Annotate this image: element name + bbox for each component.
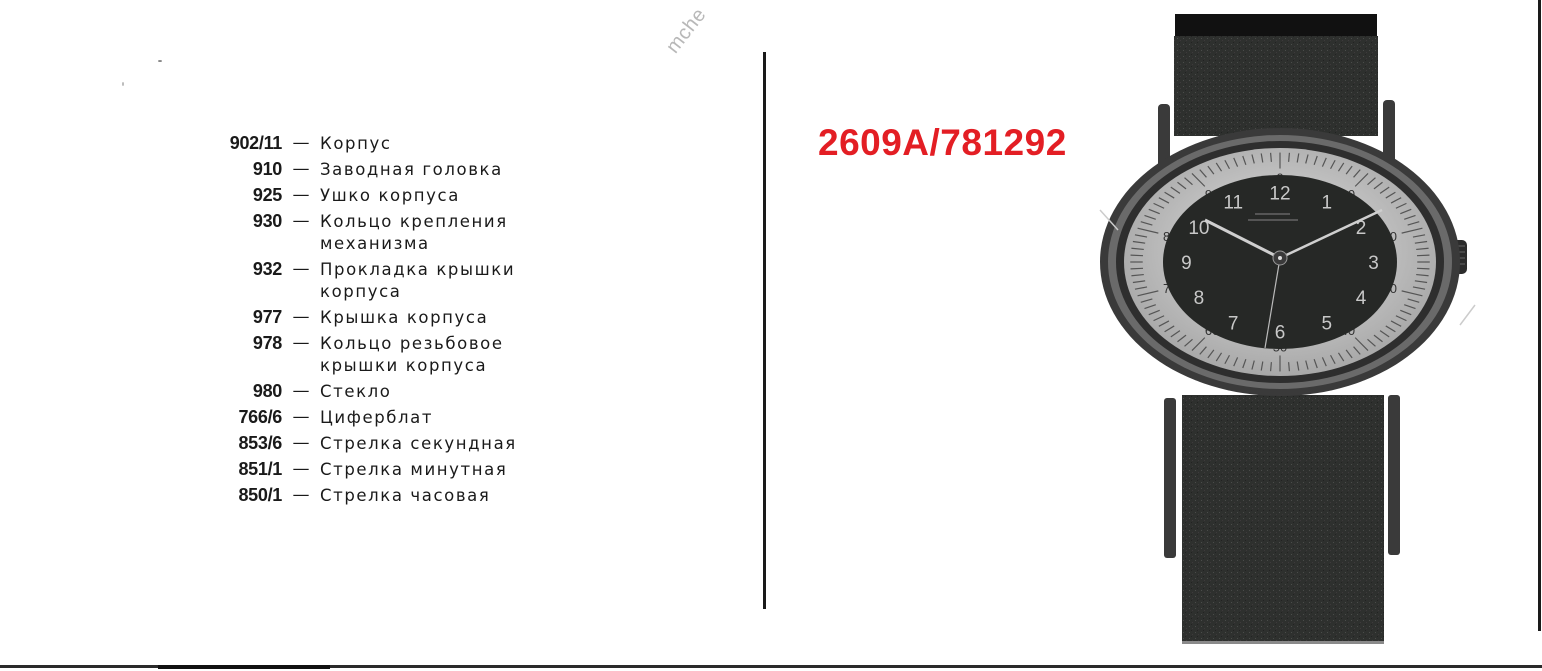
page-divider <box>763 52 766 609</box>
part-code: 850/1 <box>212 484 282 506</box>
part-name: Стрелка часовая <box>320 485 490 507</box>
part-row: 766/6—Циферблат <box>212 406 517 429</box>
part-code: 980 <box>212 380 282 402</box>
part-name: Ушко корпуса <box>320 185 460 207</box>
part-name: Стрелка минутная <box>320 459 507 481</box>
part-separator: — <box>282 484 320 506</box>
part-row: 851/1—Стрелка минутная <box>212 458 517 481</box>
part-separator: — <box>282 332 320 354</box>
part-separator: — <box>282 158 320 180</box>
part-name: Крышка корпуса <box>320 307 488 329</box>
part-code: 978 <box>212 332 282 354</box>
part-row: 850/1—Стрелка часовая <box>212 484 517 507</box>
part-separator: — <box>282 258 320 280</box>
part-separator: — <box>282 184 320 206</box>
strap-bottom <box>1182 395 1384 641</box>
part-separator: — <box>282 380 320 402</box>
part-row: 978—Кольцо резьбовое крышки корпуса <box>212 332 517 377</box>
part-code: 766/6 <box>212 406 282 428</box>
part-separator: — <box>282 458 320 480</box>
model-number: 2609А/781292 <box>818 122 1067 164</box>
strap-top <box>1175 14 1377 36</box>
parts-list: 902/11—Корпус910—Заводная головка925—Ушк… <box>212 132 517 510</box>
hour-numeral: 8 <box>1194 288 1205 309</box>
part-code: 902/11 <box>212 132 282 154</box>
watch-photo: 0102030405060708090 121234567891011 <box>1080 0 1542 671</box>
hour-numeral: 4 <box>1356 288 1367 309</box>
part-row: 930—Кольцо крепления механизма <box>212 210 517 255</box>
part-row: 925—Ушко корпуса <box>212 184 517 207</box>
part-name: Стекло <box>320 381 392 403</box>
part-row: 980—Стекло <box>212 380 517 403</box>
part-name: Прокладка крышки корпуса <box>320 259 515 303</box>
hour-numeral: 11 <box>1223 193 1243 214</box>
watermark: mche <box>662 4 711 58</box>
scan-speck <box>158 60 162 62</box>
part-name: Кольцо крепления механизма <box>320 211 508 255</box>
hour-numeral: 5 <box>1322 313 1333 334</box>
part-row: 902/11—Корпус <box>212 132 517 155</box>
part-name: Корпус <box>320 133 392 155</box>
part-code: 925 <box>212 184 282 206</box>
part-separator: — <box>282 406 320 428</box>
part-row: 853/6—Стрелка секундная <box>212 432 517 455</box>
page-bottom-rule-accent <box>158 665 330 669</box>
hour-numeral: 3 <box>1368 253 1379 274</box>
part-code: 977 <box>212 306 282 328</box>
part-code: 930 <box>212 210 282 232</box>
scan-speck <box>122 82 124 86</box>
hour-numeral: 1 <box>1322 193 1333 214</box>
part-row: 910—Заводная головка <box>212 158 517 181</box>
part-code: 932 <box>212 258 282 280</box>
hour-numeral: 9 <box>1181 253 1192 274</box>
hour-numeral: 6 <box>1275 323 1286 344</box>
hour-numeral: 7 <box>1228 313 1239 334</box>
hour-numeral: 12 <box>1269 183 1290 204</box>
part-code: 853/6 <box>212 432 282 454</box>
part-name: Стрелка секундная <box>320 433 517 455</box>
part-row: 977—Крышка корпуса <box>212 306 517 329</box>
part-name: Циферблат <box>320 407 433 429</box>
part-code: 851/1 <box>212 458 282 480</box>
part-name: Кольцо резьбовое крышки корпуса <box>320 333 504 377</box>
part-separator: — <box>282 210 320 232</box>
part-row: 932—Прокладка крышки корпуса <box>212 258 517 303</box>
part-separator: — <box>282 432 320 454</box>
part-code: 910 <box>212 158 282 180</box>
part-name: Заводная головка <box>320 159 503 181</box>
part-separator: — <box>282 132 320 154</box>
part-separator: — <box>282 306 320 328</box>
